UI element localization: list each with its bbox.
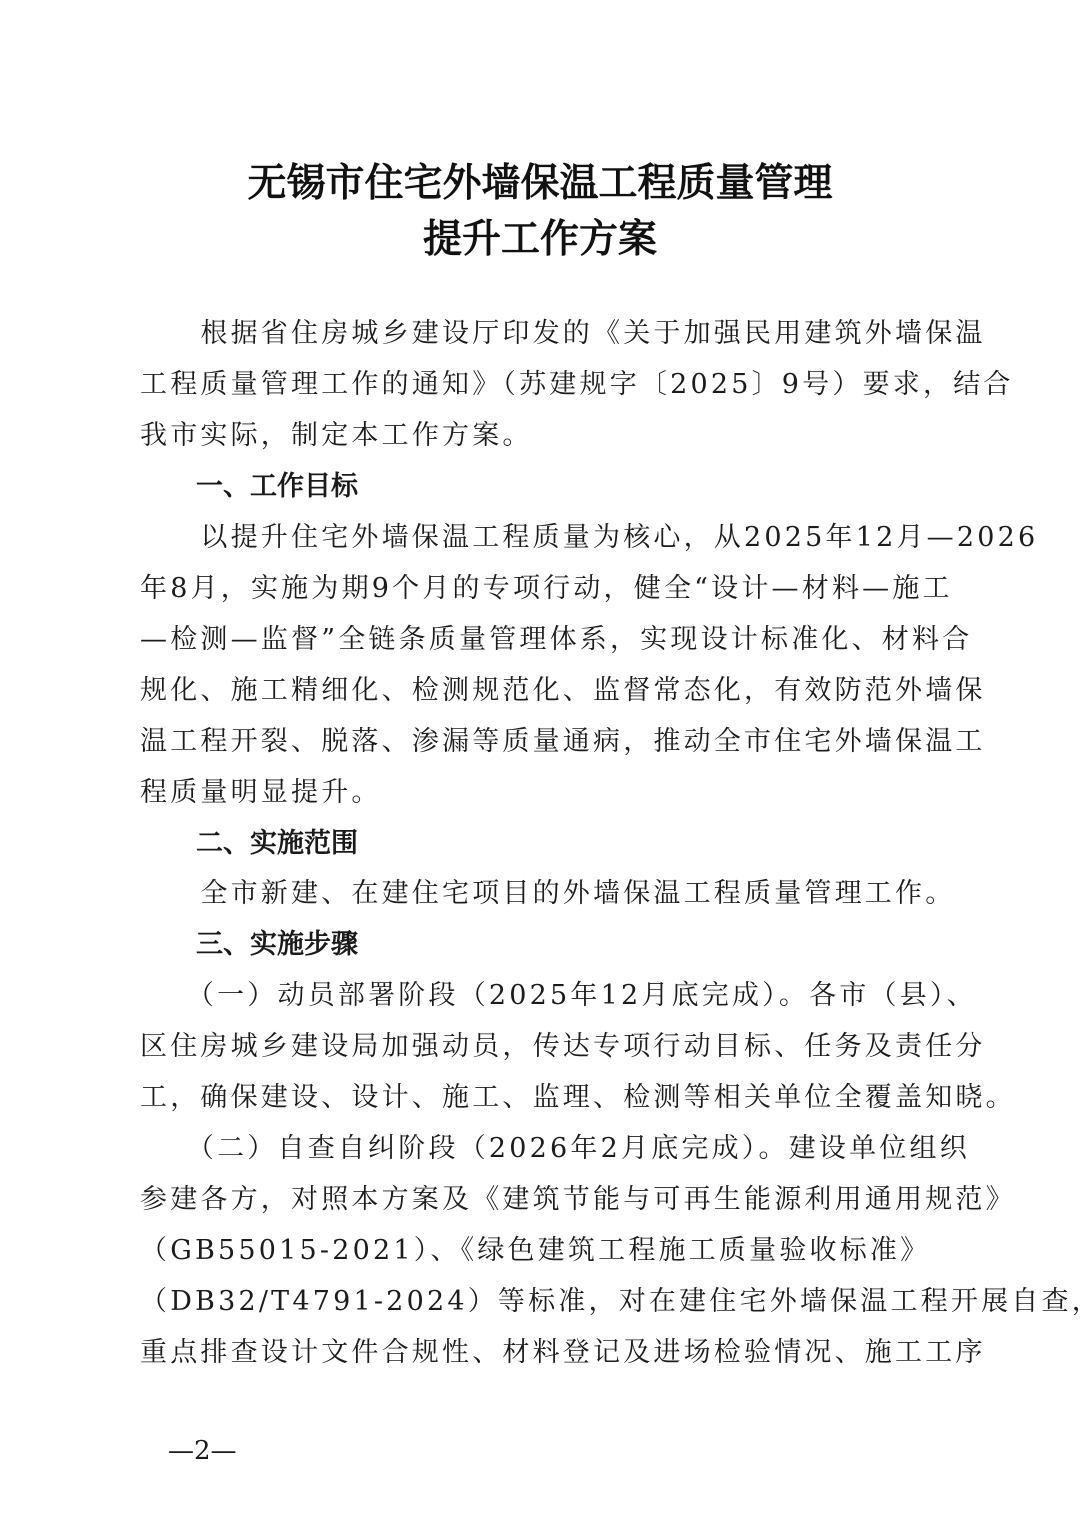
paragraph-line: （DB32/T4791-2024）等标准，对在建住宅外墙保温工程开展自查， [140,1284,960,1320]
paragraph-line: 温工程开裂、脱落、渗漏等质量通病，推动全市住宅外墙保温工 [140,724,960,760]
section-heading-goals: 一、工作目标 [196,469,358,505]
intro-line: 我市实际，制定本工作方案。 [140,418,960,454]
page-number: —2— [168,1436,237,1466]
paragraph-line: 全市新建、在建住宅项目的外墙保温工程质量管理工作。 [140,876,960,912]
paragraph-line: 区住房城乡建设局加强动员，传达专项行动目标、任务及责任分 [140,1029,960,1065]
section-heading-steps: 三、实施步骤 [196,927,358,963]
paragraph-line: （一）动员部署阶段（2025年12月底完成）。各市（县）、 [140,978,960,1014]
intro-line: 根据省住房城乡建设厅印发的《关于加强民用建筑外墙保温 [140,316,960,352]
document-title-line2: 提升工作方案 [0,208,1080,264]
paragraph-line: 程质量明显提升。 [140,775,960,811]
paragraph-line: 以提升住宅外墙保温工程质量为核心，从2025年12月—2026 [140,520,960,556]
paragraph-line: 规化、施工精细化、检测规范化、监督常态化，有效防范外墙保 [140,673,960,709]
document-title-line1: 无锡市住宅外墙保温工程质量管理 [0,152,1080,208]
paragraph-line: 参建各方，对照本方案及《建筑节能与可再生能源利用通用规范》 [140,1182,960,1218]
intro-line: 工程质量管理工作的通知》（苏建规字〔2025〕9号）要求，结合 [140,367,960,403]
paragraph-line: 工，确保建设、设计、施工、监理、检测等相关单位全覆盖知晓。 [140,1080,960,1116]
paragraph-line: 年8月，实施为期9个月的专项行动，健全“设计—材料—施工 [140,571,960,607]
paragraph-line: 重点排查设计文件合规性、材料登记及进场检验情况、施工工序 [140,1335,960,1371]
section-heading-scope: 二、实施范围 [196,826,358,862]
paragraph-line: （GB55015-2021）、《绿色建筑工程施工质量验收标准》 [140,1233,960,1269]
paragraph-line: （二）自查自纠阶段（2026年2月底完成）。建设单位组织 [140,1131,960,1167]
paragraph-line: —检测—监督”全链条质量管理体系，实现设计标准化、材料合 [140,622,960,658]
